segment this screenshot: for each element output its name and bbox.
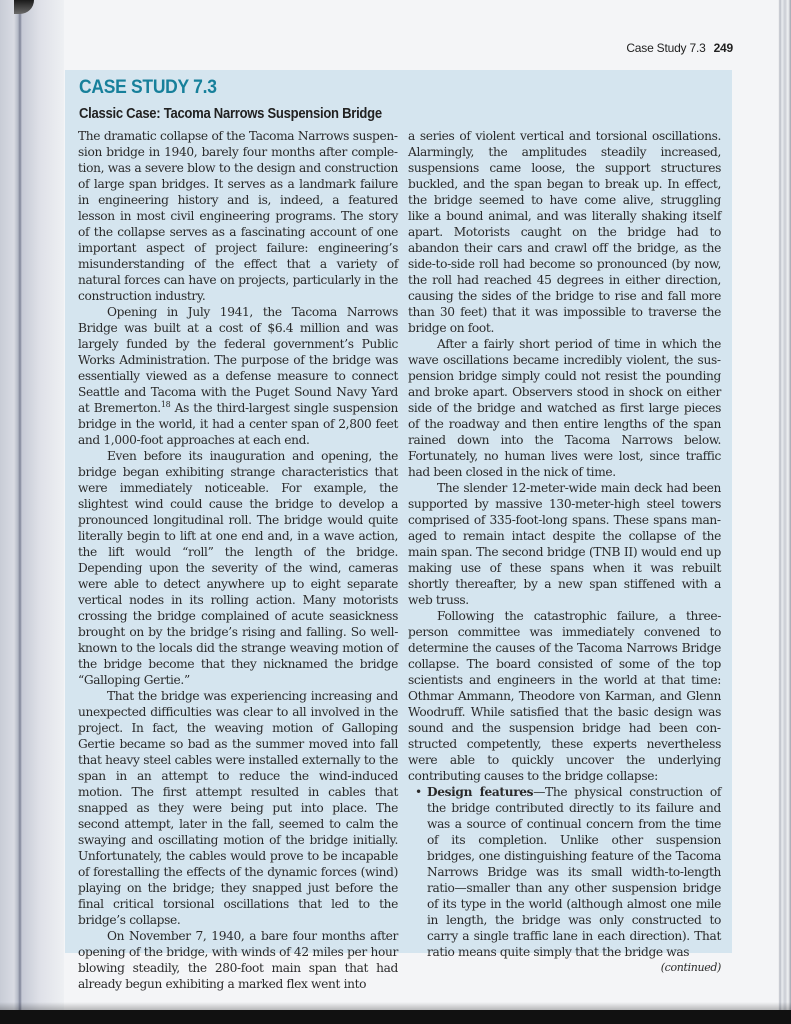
book-binding-gutter: [0, 0, 64, 1024]
page-edge: [778, 0, 791, 1024]
paragraph: The slender 12-meter-wide main deck had …: [408, 480, 721, 608]
case-study-title: CASE STUDY 7.3: [79, 77, 217, 99]
paragraph: The dramatic collapse of the Tacoma Narr…: [78, 128, 398, 304]
right-column: a series of violent vertical and torsion…: [408, 128, 721, 976]
running-head-label: Case Study 7.3: [626, 41, 705, 55]
case-study-subtitle: Classic Case: Tacoma Narrows Suspension …: [79, 106, 382, 122]
paragraph: After a fairly short period of time in w…: [408, 336, 721, 480]
bullet-term: Design features: [427, 785, 533, 799]
bullet-item: •Design features—The physical constructi…: [408, 784, 721, 960]
running-head: Case Study 7.3249: [626, 41, 733, 55]
case-study-box: CASE STUDY 7.3 Classic Case: Tacoma Narr…: [65, 70, 732, 953]
paragraph: Even before its inauguration and opening…: [78, 448, 398, 688]
page-number: 249: [714, 41, 733, 55]
paragraph: a series of violent vertical and torsion…: [408, 128, 721, 336]
bullet-icon: •: [415, 784, 422, 800]
continued-note: (continued): [408, 960, 721, 976]
bullet-text: —The physical construction of the bridge…: [427, 785, 721, 959]
scan-background: [0, 1010, 791, 1024]
paragraph: On November 7, 1940, a bare four months …: [78, 928, 398, 992]
paragraph: Following the catastrophic failure, a th…: [408, 608, 721, 784]
paragraph: Opening in July 1941, the Tacoma Narrows…: [78, 304, 398, 448]
paragraph: That the bridge was experiencing increas…: [78, 688, 398, 928]
left-column: The dramatic collapse of the Tacoma Narr…: [78, 128, 398, 992]
bottom-shadow: [0, 1002, 791, 1010]
paragraph-text: Opening in July 1941, the Tacoma Narrows…: [78, 305, 398, 415]
footnote-marker: 18: [161, 400, 170, 409]
